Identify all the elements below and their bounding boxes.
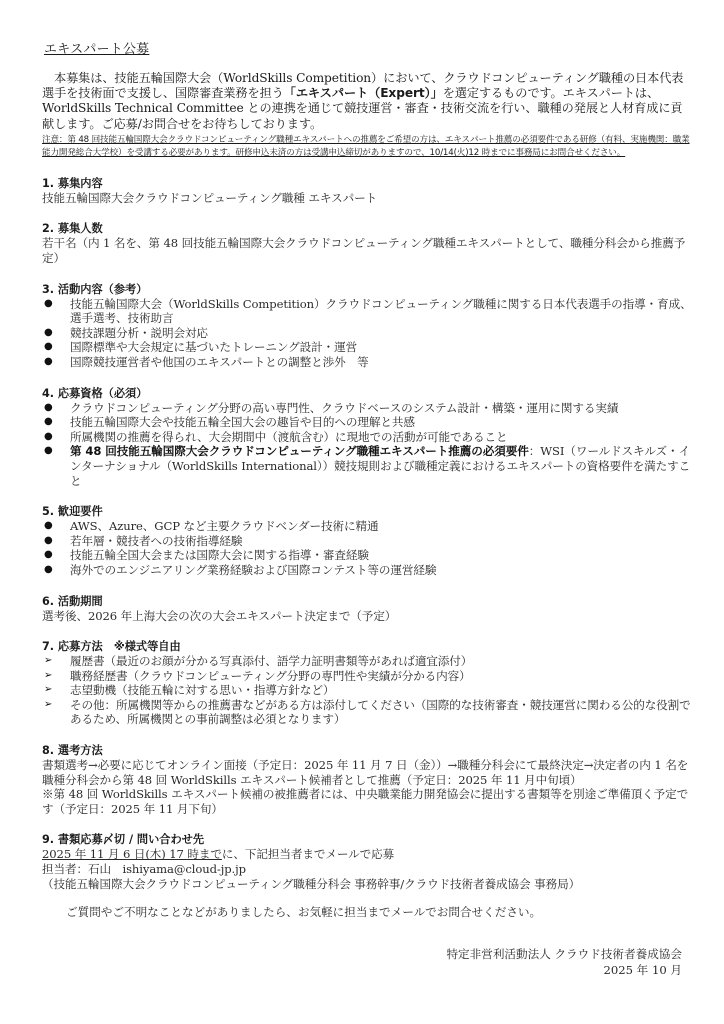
section-body: 書類選考→必要に応じてオンライン面接（予定日：2025 年 11 月 7 日（金… [42,758,692,787]
bullet-dot-icon: ● [44,444,53,459]
list-item: ●国際競技運営者や他国のエキスパートとの調整と渉外 等 [42,355,692,370]
required-requirement-label: 第 48 回技能五輪国際大会クラウドコンピューティング職種エキスパート推薦の必須… [70,444,529,458]
list-item-text: 職務経歴書（クラウドコンピューティング分野の専門性や実績が分かる内容） [70,669,471,683]
bullet-dot-icon: ● [44,534,53,549]
deadline-text: に、下記担当者までメールで応募 [222,847,394,861]
issue-date: 2025 年 10 月 [446,962,682,978]
list-item: ●海外でのエンジニアリング業務経験および国際コンテスト等の運営経験 [42,563,692,578]
section-heading: 6. 活動期間 [42,594,692,609]
preferred-list: ●AWS、Azure、GCP など主要クラウドベンダー技術に精通 ●若年層・競技… [42,519,692,577]
arrow-bullet-icon: ➢ [44,669,52,684]
list-item: ●技能五輪全国大会または国際大会に関する指導・審査経験 [42,548,692,563]
notice-text: 注意：第 48 回技能五輪国際大会クラウドコンピューティング職種エキスパートへの… [42,134,692,160]
bullet-dot-icon: ● [44,340,53,355]
list-item-text: クラウドコンピューティング分野の高い専門性、クラウドベースのシステム設計・構築・… [70,401,618,415]
section-heading: 1. 募集内容 [42,176,692,191]
list-item-text: AWS、Azure、GCP など主要クラウドベンダー技術に精通 [70,519,378,533]
section-preferred: 5. 歓迎要件 ●AWS、Azure、GCP など主要クラウドベンダー技術に精通… [42,504,692,577]
list-item-text: 所属機関の推薦を得られ、大会期間中（渡航含む）に現地での活動が可能であること [70,430,507,444]
section-heading: 3. 活動内容（参考） [42,282,692,297]
document-page: エキスパート公募 本募集は、技能五輪国際大会（WorldSkills Compe… [42,38,692,920]
arrow-bullet-icon: ➢ [44,654,52,669]
deadline-line: 2025 年 11 月 6 日(木) 17 時までに、下記担当者までメールで応募 [42,847,692,862]
section-application-method: 7. 応募方法 ※様式等自由 ➢履歴書（最近のお顔が分かる写真添付、語学力証明書… [42,639,692,727]
page-title: エキスパート公募 [44,38,692,57]
list-item-text: 若年層・競技者への技術指導経験 [70,534,242,548]
list-item-text: 競技課題分析・説明会対応 [70,326,208,340]
list-item: ●技能五輪国際大会や技能五輪全国大会の趣旨や目的への理解と共感 [42,415,692,430]
section-heading: 5. 歓迎要件 [42,504,692,519]
section-period: 6. 活動期間 選考後、2026 年上海大会の次の大会エキスパート決定まで（予定… [42,594,692,624]
bullet-dot-icon: ● [44,415,53,430]
list-item-text: 海外でのエンジニアリング業務経験および国際コンテスト等の運営経験 [70,563,436,577]
list-item-text: 履歴書（最近のお顔が分かる写真添付、語学力証明書類等があれば適宜添付） [70,654,472,668]
bullet-dot-icon: ● [44,548,53,563]
bullet-dot-icon: ● [44,297,53,312]
section-qualifications: 4. 応募資格（必須） ●クラウドコンピューティング分野の高い専門性、クラウドベ… [42,386,692,489]
list-item: ●競技課題分析・説明会対応 [42,326,692,341]
arrow-bullet-icon: ➢ [44,698,52,713]
list-item: ●AWS、Azure、GCP など主要クラウドベンダー技術に精通 [42,519,692,534]
qualifications-list: ●クラウドコンピューティング分野の高い専門性、クラウドベースのシステム設計・構築… [42,401,692,489]
contact-affiliation: （技能五輪国際大会クラウドコンピューティング職種分科会 事務幹事/クラウド技術者… [42,877,692,892]
section-body: 技能五輪国際大会クラウドコンピューティング職種 エキスパート [42,191,692,206]
section-heading: 9. 書類応募〆切 / 問い合わせ先 [42,832,692,847]
bullet-dot-icon: ● [44,519,53,534]
list-item-text: その他：所属機関等からの推薦書などがある方は添付してください（国際的な技術審査・… [70,698,691,727]
list-item: ●国際標準や大会規定に基づいたトレーニング設計・運営 [42,340,692,355]
bullet-dot-icon: ● [44,355,53,370]
list-item: ●クラウドコンピューティング分野の高い専門性、クラウドベースのシステム設計・構築… [42,401,692,416]
section-deadline-contact: 9. 書類応募〆切 / 問い合わせ先 2025 年 11 月 6 日(木) 17… [42,832,692,891]
list-item-text: 技能五輪国際大会（WorldSkills Competition）クラウドコンピ… [70,297,692,326]
list-item: ➢履歴書（最近のお顔が分かる写真添付、語学力証明書類等があれば適宜添付） [42,654,692,669]
section-body: 選考後、2026 年上海大会の次の大会エキスパート決定まで（予定） [42,609,692,624]
list-item-text: 国際競技運営者や他国のエキスパートとの調整と渉外 等 [70,355,369,369]
list-item-text: 技能五輪国際大会や技能五輪全国大会の趣旨や目的への理解と共感 [70,415,415,429]
list-item-required: ●第 48 回技能五輪国際大会クラウドコンピューティング職種エキスパート推薦の必… [42,444,692,488]
section-recruitment-count: 2. 募集人数 若干名（内 1 名を、第 48 回技能五輪国際大会クラウドコンピ… [42,221,692,265]
section-note: ※第 48 回 WorldSkills エキスパート候補の被推薦者には、中央職業… [42,787,692,816]
section-body: 若干名（内 1 名を、第 48 回技能五輪国際大会クラウドコンピューティング職種… [42,236,692,265]
list-item: ➢志望動機（技能五輪に対する思い・指導方針など） [42,683,692,698]
intro-bold-expert: 「エキスパート（Expert）」 [284,86,443,100]
intro-paragraph: 本募集は、技能五輪国際大会（WorldSkills Competition）にお… [42,71,692,132]
bullet-dot-icon: ● [44,430,53,445]
list-item: ●技能五輪国際大会（WorldSkills Competition）クラウドコン… [42,297,692,326]
contact-person[interactable]: 担当者：石山 ishiyama@cloud-jp.jp [42,862,692,877]
section-heading: 8. 選考方法 [42,743,692,758]
closing-text: ご質問やご不明なことなどがありましたら、お気軽に担当までメールでお問合せください… [42,905,692,920]
bullet-dot-icon: ● [44,401,53,416]
application-list: ➢履歴書（最近のお顔が分かる写真添付、語学力証明書類等があれば適宜添付） ➢職務… [42,654,692,727]
list-item: ➢職務経歴書（クラウドコンピューティング分野の専門性や実績が分かる内容） [42,669,692,684]
signature-block: 特定非営利活動法人 クラウド技術者養成協会 2025 年 10 月 [446,946,682,978]
list-item-text: 国際標準や大会規定に基づいたトレーニング設計・運営 [70,340,357,354]
activities-list: ●技能五輪国際大会（WorldSkills Competition）クラウドコン… [42,297,692,370]
section-recruitment-content: 1. 募集内容 技能五輪国際大会クラウドコンピューティング職種 エキスパート [42,176,692,206]
deadline-date: 2025 年 11 月 6 日(木) 17 時まで [42,847,222,861]
section-activities: 3. 活動内容（参考） ●技能五輪国際大会（WorldSkills Compet… [42,282,692,370]
list-item: ●所属機関の推薦を得られ、大会期間中（渡航含む）に現地での活動が可能であること [42,430,692,445]
list-item-text: 志望動機（技能五輪に対する思い・指導方針など） [70,683,334,697]
organization-name: 特定非営利活動法人 クラウド技術者養成協会 [446,946,682,962]
bullet-dot-icon: ● [44,563,53,578]
bullet-dot-icon: ● [44,326,53,341]
list-item: ●若年層・競技者への技術指導経験 [42,534,692,549]
list-item-text: 技能五輪全国大会または国際大会に関する指導・審査経験 [70,548,369,562]
arrow-bullet-icon: ➢ [44,683,52,698]
section-heading: 4. 応募資格（必須） [42,386,692,401]
section-heading: 2. 募集人数 [42,221,692,236]
section-selection: 8. 選考方法 書類選考→必要に応じてオンライン面接（予定日：2025 年 11… [42,743,692,816]
list-item: ➢その他：所属機関等からの推薦書などがある方は添付してください（国際的な技術審査… [42,698,692,727]
section-heading: 7. 応募方法 ※様式等自由 [42,639,692,654]
